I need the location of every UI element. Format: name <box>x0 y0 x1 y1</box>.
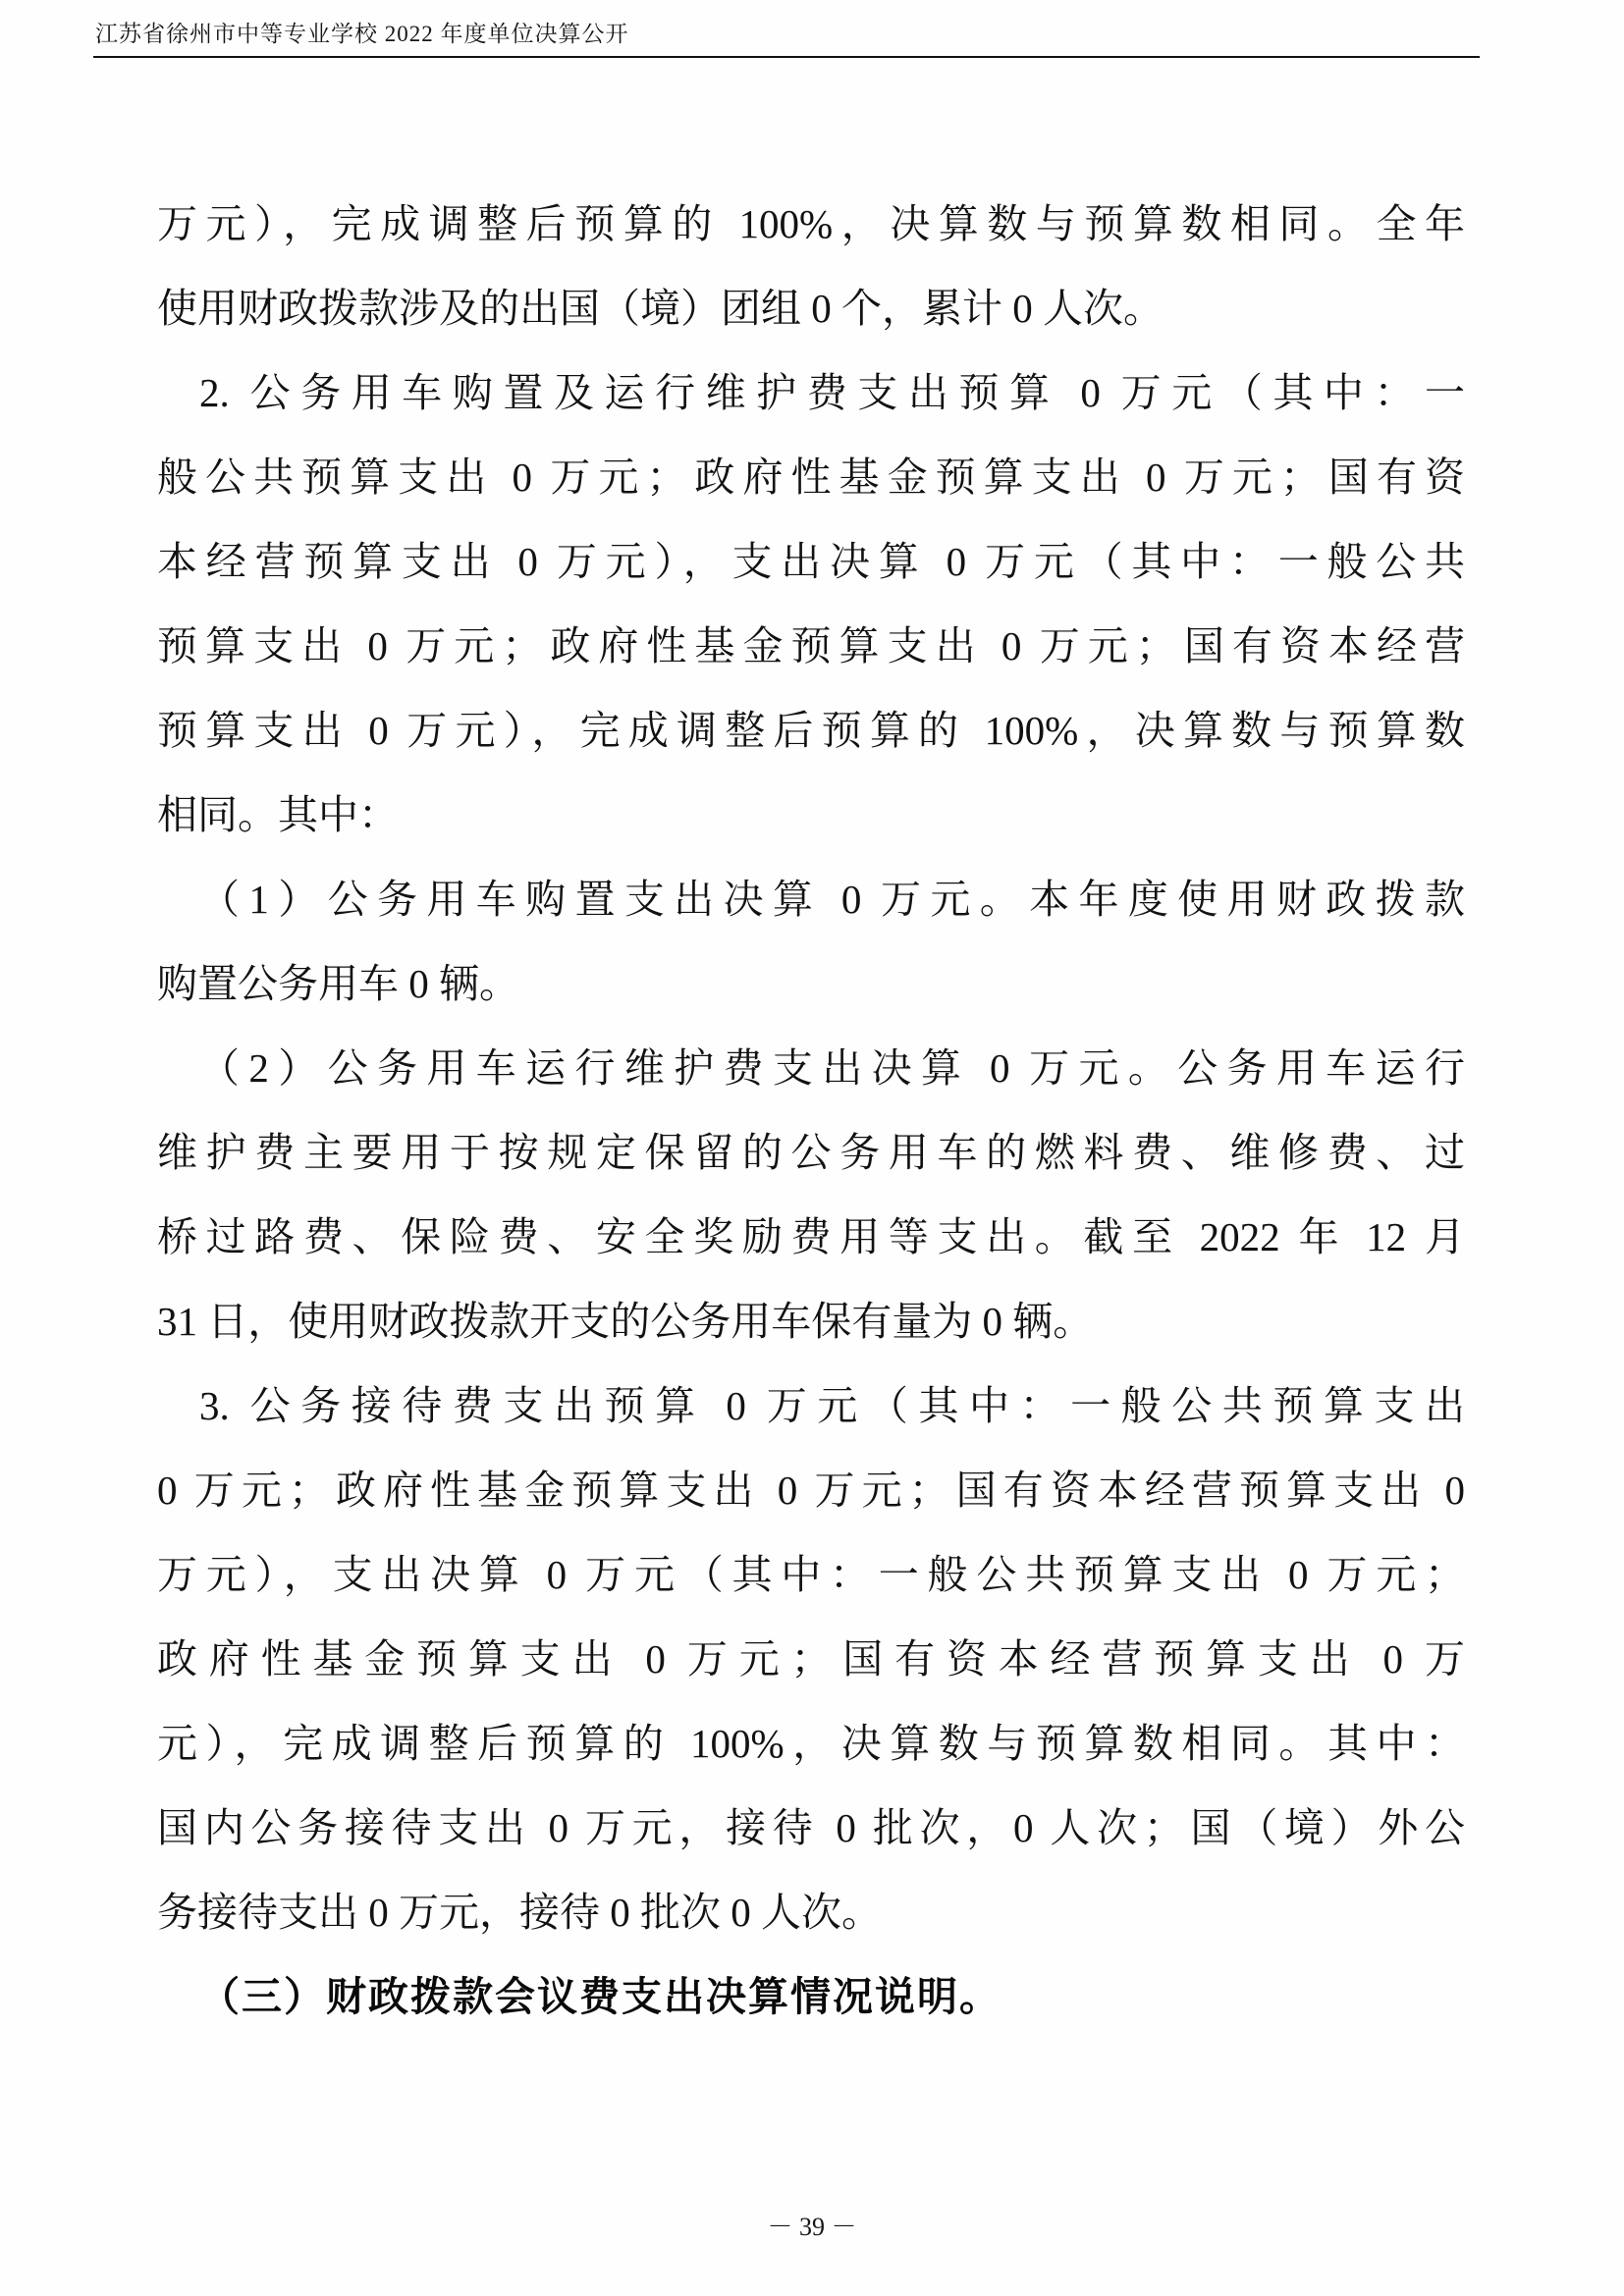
body-line: （2）公务用车运行维护费支出决算 0 万元。公务用车运行 <box>157 1026 1465 1110</box>
header-rule <box>93 56 1480 58</box>
body-line: 元），完成调整后预算的 100%，决算数与预算数相同。其中： <box>157 1701 1465 1786</box>
section-heading: （三）财政拨款会议费支出决算情况说明。 <box>157 1954 1465 2039</box>
body-line: 桥过路费、保险费、安全奖励费用等支出。截至 2022 年 12 月 <box>157 1195 1465 1279</box>
body-line: 万元），支出决算 0 万元（其中：一般公共预算支出 0 万元； <box>157 1532 1465 1617</box>
body-line: 预算支出 0 万元；政府性基金预算支出 0 万元；国有资本经营 <box>157 604 1465 688</box>
body-line: 0 万元；政府性基金预算支出 0 万元；国有资本经营预算支出 0 <box>157 1448 1465 1532</box>
body-line: 本经营预算支出 0 万元），支出决算 0 万元（其中：一般公共 <box>157 519 1465 604</box>
body-line: 务接待支出 0 万元，接待 0 批次 0 人次。 <box>157 1870 1465 1954</box>
document-body: 万元），完成调整后预算的 100%，决算数与预算数相同。全年 使用财政拨款涉及的… <box>157 182 1465 2039</box>
body-line: 般公共预算支出 0 万元；政府性基金预算支出 0 万元；国有资 <box>157 435 1465 519</box>
body-line: 政府性基金预算支出 0 万元；国有资本经营预算支出 0 万 <box>157 1617 1465 1701</box>
body-line: 预算支出 0 万元），完成调整后预算的 100%，决算数与预算数 <box>157 688 1465 773</box>
body-line: 万元），完成调整后预算的 100%，决算数与预算数相同。全年 <box>157 182 1465 266</box>
body-line: 购置公务用车 0 辆。 <box>157 941 1465 1026</box>
page-number: － 39 － <box>0 2207 1624 2243</box>
body-line: 使用财政拨款涉及的出国（境）团组 0 个，累计 0 人次。 <box>157 266 1465 350</box>
document-header-title: 江苏省徐州市中等专业学校 2022 年度单位决算公开 <box>95 16 629 48</box>
body-line: 相同。其中： <box>157 773 1465 857</box>
body-line: （1）公务用车购置支出决算 0 万元。本年度使用财政拨款 <box>157 857 1465 941</box>
body-line: 维护费主要用于按规定保留的公务用车的燃料费、维修费、过 <box>157 1110 1465 1195</box>
body-line: 3. 公务接待费支出预算 0 万元（其中：一般公共预算支出 <box>157 1363 1465 1448</box>
body-line: 31 日，使用财政拨款开支的公务用车保有量为 0 辆。 <box>157 1279 1465 1363</box>
body-line: 2. 公务用车购置及运行维护费支出预算 0 万元（其中：一 <box>157 350 1465 435</box>
document-page: 江苏省徐州市中等专业学校 2022 年度单位决算公开 万元），完成调整后预算的 … <box>0 0 1624 2296</box>
body-line: 国内公务接待支出 0 万元，接待 0 批次，0 人次；国（境）外公 <box>157 1786 1465 1870</box>
